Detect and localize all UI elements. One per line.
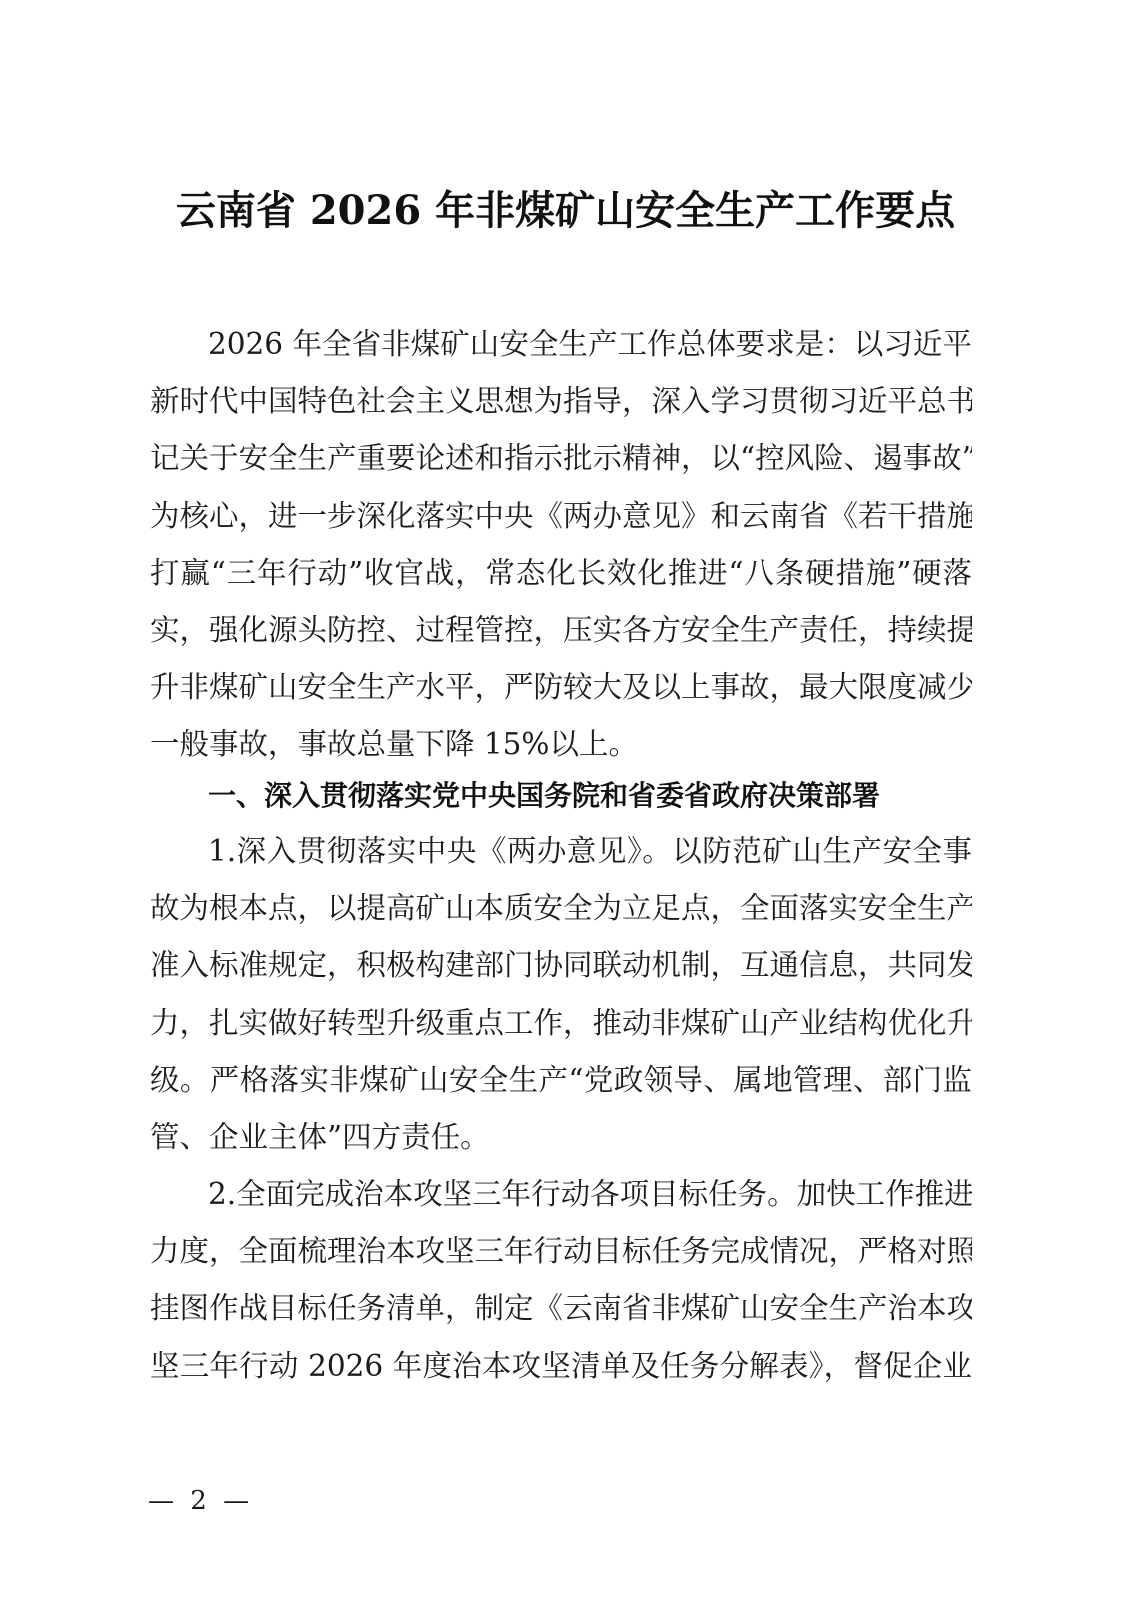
intro-line: 实，强化源头防控、过程管控，压实各方安全生产责任，持续提	[150, 602, 972, 659]
item-line: 力，扎实做好转型升级重点工作，推动非煤矿山产业结构优化升	[150, 995, 972, 1052]
section-heading: 一、深入贯彻落实党中央国务院和省委省政府决策部署	[150, 767, 972, 824]
item-line: 级。严格落实非煤矿山安全生产“党政领导、属地管理、部门监	[150, 1052, 972, 1109]
item-line: 坚三年行动 2026 年度治本攻坚清单及任务分解表》，督促企业	[150, 1338, 972, 1395]
item-line: 1.深入贯彻落实中央《两办意见》。以防范矿山生产安全事	[150, 823, 972, 880]
item-line: 2.全面完成治本攻坚三年行动各项目标任务。加快工作推进	[150, 1166, 972, 1223]
intro-line: 记关于安全生产重要论述和指示批示精神，以“控风险、遏事故”	[150, 430, 972, 487]
page-number: — 2 —	[148, 1486, 253, 1516]
section-1-item-1: 1.深入贯彻落实中央《两办意见》。以防范矿山生产安全事 故为根本点，以提高矿山本…	[150, 823, 972, 1166]
section-1-item-2: 2.全面完成治本攻坚三年行动各项目标任务。加快工作推进 力度，全面梳理治本攻坚三…	[150, 1166, 972, 1395]
item-line: 故为根本点，以提高矿山本质安全为立足点，全面落实安全生产	[150, 880, 972, 937]
item-line: 力度，全面梳理治本攻坚三年行动目标任务完成情况，严格对照	[150, 1223, 972, 1280]
document-page: 云南省 2026 年非煤矿山安全生产工作要点 2026 年全省非煤矿山安全生产工…	[0, 0, 1131, 1600]
intro-line: 为核心，进一步深化落实中央《两办意见》和云南省《若干措施》，	[150, 488, 972, 545]
intro-line: 新时代中国特色社会主义思想为指导，深入学习贯彻习近平总书	[150, 373, 972, 430]
intro-line: 打赢“三年行动”收官战，常态化长效化推进“八条硬措施”硬落	[150, 545, 972, 602]
item-line: 准入标准规定，积极构建部门协同联动机制，互通信息，共同发	[150, 937, 972, 994]
section-1: 一、深入贯彻落实党中央国务院和省委省政府决策部署	[150, 767, 972, 824]
intro-line: 一般事故，事故总量下降 15%以上。	[150, 716, 972, 773]
item-line: 管、企业主体”四方责任。	[150, 1109, 972, 1166]
intro-line: 升非煤矿山安全生产水平，严防较大及以上事故，最大限度减少	[150, 659, 972, 716]
intro-paragraph: 2026 年全省非煤矿山安全生产工作总体要求是：以习近平 新时代中国特色社会主义…	[150, 316, 972, 774]
intro-line: 2026 年全省非煤矿山安全生产工作总体要求是：以习近平	[150, 316, 972, 373]
document-title: 云南省 2026 年非煤矿山安全生产工作要点	[0, 183, 1131, 239]
item-line: 挂图作战目标任务清单，制定《云南省非煤矿山安全生产治本攻	[150, 1280, 972, 1337]
